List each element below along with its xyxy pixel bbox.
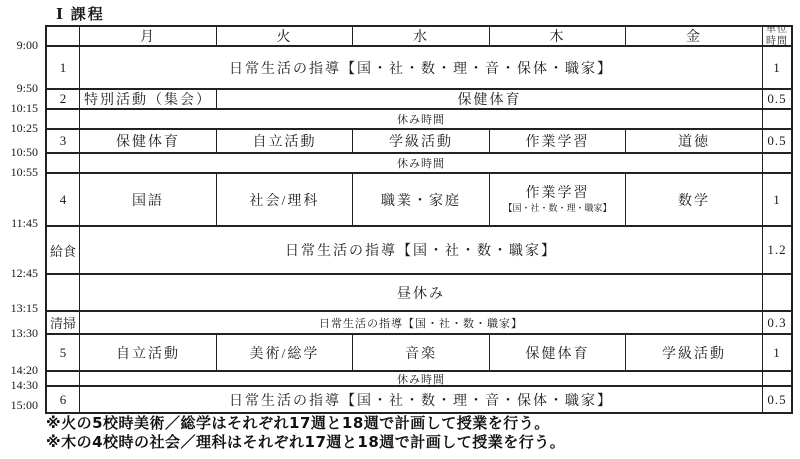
cell-p5-thu: 保健体育: [490, 335, 625, 370]
unit-p2: 0.5: [763, 90, 791, 108]
time-label-1145: 11:45: [0, 215, 38, 231]
header-day-wed: 水: [353, 27, 489, 45]
empty-cell: [763, 372, 791, 385]
footnotes: ※火の5校時美術／総学はそれぞれ17週と18週で計画して授業を行う。 ※木の4校…: [46, 414, 565, 452]
cell-p6-all: 日常生活の指導【国・社・数・理・音・保体・職家】: [80, 387, 762, 412]
cell-p4-thu-sub: 【国・社・数・理・職家】: [503, 203, 611, 213]
cell-p4-mon: 国語: [80, 174, 216, 225]
period-label-6: 6: [47, 387, 79, 412]
empty-cell: [763, 275, 791, 310]
cell-p4-thu: 作業学習 【国・社・数・理・職家】: [490, 174, 625, 225]
unit-p4: 1: [763, 174, 791, 225]
unit-cleaning: 0.3: [763, 312, 791, 333]
header-unit-line1: 単位: [766, 27, 788, 36]
cell-p3-tue: 自立活動: [217, 130, 352, 152]
time-label-1420: 14:20: [0, 362, 38, 378]
cell-cleaning-all: 日常生活の指導【国・社・数・職家】: [80, 312, 762, 333]
header-unit-line2: 時間: [766, 36, 788, 45]
cell-p5-fri: 学級活動: [626, 335, 762, 370]
time-label-1330: 13:30: [0, 325, 38, 341]
header-unit: 単位 時間: [763, 27, 791, 45]
period-label-1: 1: [47, 47, 79, 88]
time-label-1025: 10:25: [0, 120, 38, 136]
break-row-2: 休み時間: [80, 154, 762, 172]
time-label-1315: 13:15: [0, 300, 38, 316]
period-label-3: 3: [47, 130, 79, 152]
cell-p4-wed: 職業・家庭: [353, 174, 489, 225]
cell-p3-mon: 保健体育: [80, 130, 216, 152]
period-label-5: 5: [47, 335, 79, 370]
empty-cell: [47, 372, 79, 385]
cell-p3-thu: 作業学習: [490, 130, 625, 152]
time-label-0950: 9:50: [0, 80, 38, 96]
time-label-1015: 10:15: [0, 100, 38, 116]
period-label-4: 4: [47, 174, 79, 225]
footnote-2: ※木の4校時の社会／理科はそれぞれ17週と18週で計画して授業を行う。: [46, 433, 565, 452]
empty-cell: [763, 110, 791, 128]
timetable-page: Ⅰ 課程 9:00 9:50 10:15 10:25 10:50 10:55 1…: [0, 0, 800, 459]
empty-cell: [47, 154, 79, 172]
break-row-1: 休み時間: [80, 110, 762, 128]
break-row-3: 休み時間: [80, 372, 762, 385]
time-label-0900: 9:00: [0, 37, 38, 53]
cell-p5-mon: 自立活動: [80, 335, 216, 370]
cell-p1-all: 日常生活の指導【国・社・数・理・音・保体・職家】: [80, 47, 762, 88]
empty-cell: [47, 110, 79, 128]
unit-p3: 0.5: [763, 130, 791, 152]
time-label-1245: 12:45: [0, 265, 38, 281]
unit-lunch: 1.2: [763, 227, 791, 273]
timetable-grid: 月 火 水 木 金 単位 時間 1 日常生活の指導【国・社・数・理・音・保体・職…: [45, 25, 793, 414]
cell-p4-thu-main: 作業学習: [526, 186, 590, 202]
cell-noon-break: 昼休み: [80, 275, 762, 310]
time-label-1430: 14:30: [0, 377, 38, 393]
cell-p2-tue-fri: 保健体育: [217, 90, 762, 108]
header-day-mon: 月: [80, 27, 216, 45]
row-label-lunch: 給食: [47, 227, 79, 273]
period-label-2: 2: [47, 90, 79, 108]
cell-lunch-all: 日常生活の指導【国・社・数・職家】: [80, 227, 762, 273]
row-label-cleaning: 清掃: [47, 312, 79, 333]
unit-p1: 1: [763, 47, 791, 88]
time-label-1050: 10:50: [0, 144, 38, 160]
cell-p5-tue: 美術/総学: [217, 335, 352, 370]
header-day-thu: 木: [490, 27, 625, 45]
time-label-1055: 10:55: [0, 164, 38, 180]
cell-p4-tue: 社会/理科: [217, 174, 352, 225]
cell-p3-fri: 道徳: [626, 130, 762, 152]
page-title: Ⅰ 課程: [56, 3, 105, 24]
corner-cell: [47, 27, 79, 45]
header-day-fri: 金: [626, 27, 762, 45]
time-label-1500: 15:00: [0, 397, 38, 413]
cell-p3-wed: 学級活動: [353, 130, 489, 152]
cell-p2-mon: 特別活動（集会）: [80, 90, 216, 108]
unit-p5: 1: [763, 335, 791, 370]
empty-cell: [47, 275, 79, 310]
header-day-tue: 火: [217, 27, 352, 45]
unit-p6: 0.5: [763, 387, 791, 412]
cell-p5-wed: 音楽: [353, 335, 489, 370]
footnote-1: ※火の5校時美術／総学はそれぞれ17週と18週で計画して授業を行う。: [46, 414, 565, 433]
empty-cell: [763, 154, 791, 172]
cell-p4-fri: 数学: [626, 174, 762, 225]
